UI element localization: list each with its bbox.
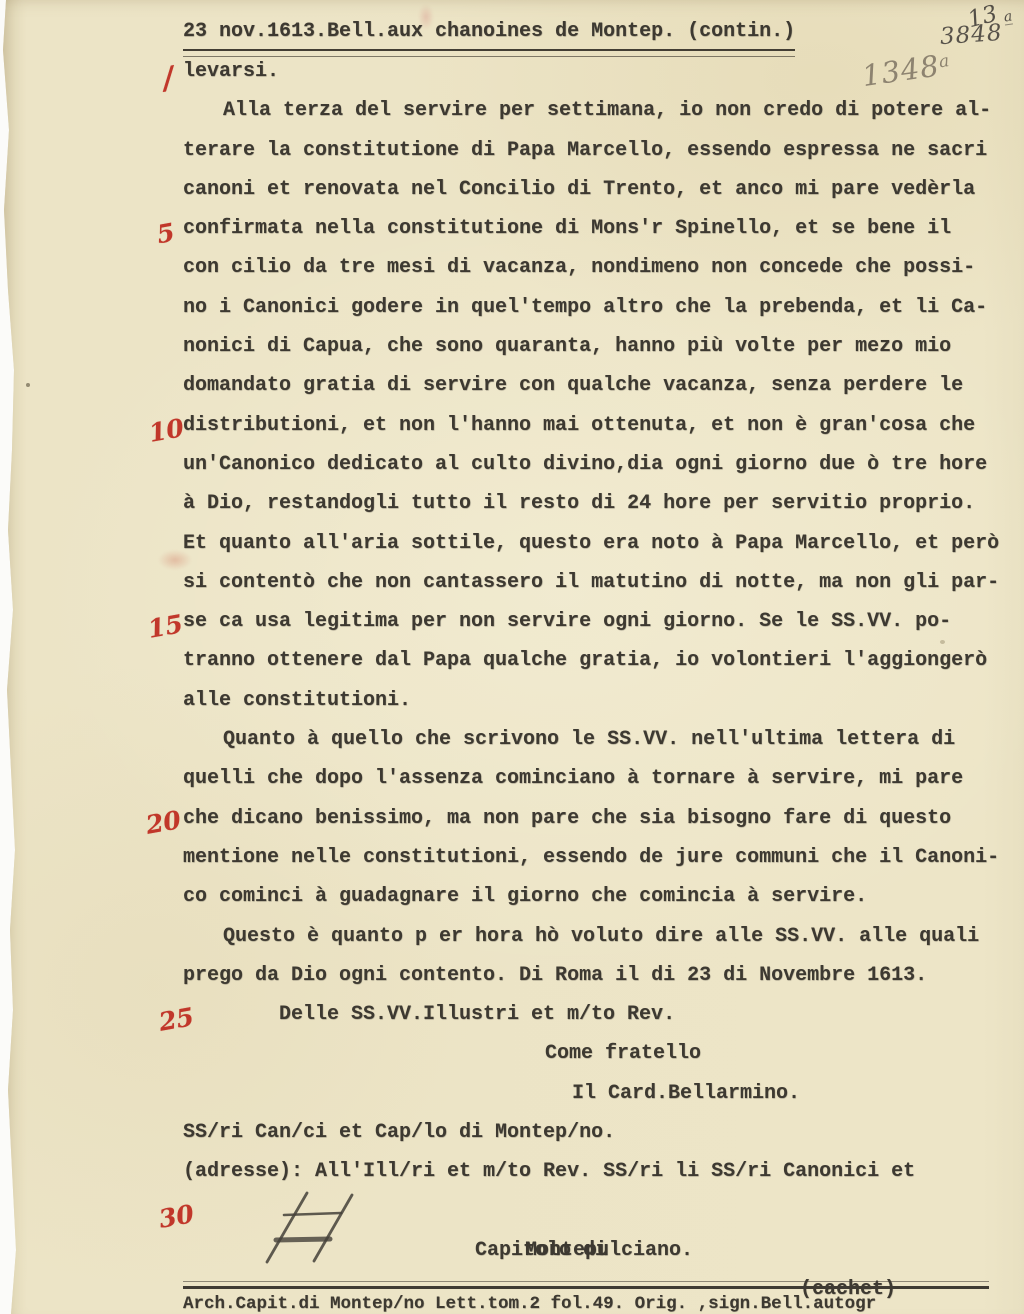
text-line: alle constitutioni. <box>183 681 1024 720</box>
scanned-letter-page: 23 nov.1613.Bell.aux chanoines de Montep… <box>0 0 1024 1314</box>
footer-rule <box>183 1281 989 1289</box>
document-title: 23 nov.1613.Bell.aux chanoines de Montep… <box>183 20 795 43</box>
text-line: tranno ottenere dal Papa qualche gratia,… <box>183 641 1024 680</box>
address-line: (adresse): All'Ill/ri et m/to Rev. SS/ri… <box>183 1152 1024 1191</box>
text-line: mentione nelle constitutioni, essendo de… <box>183 838 1024 877</box>
text-line: un'Canonico dedicato al culto divino,dia… <box>183 445 1024 484</box>
text-line: domandato gratia di servire con qualche … <box>183 366 1024 405</box>
text-line: si contentò che non cantassero il matuti… <box>183 563 1024 602</box>
address-line: SS/ri Can/ci et Cap/lo di Montep/no. <box>183 1113 1024 1152</box>
margin-line-marker: 15 <box>146 611 185 642</box>
text-line: Quanto à quello che scrivono le SS.VV. n… <box>183 720 1024 759</box>
text-line: no i Canonici godere in quel'tempo altro… <box>183 288 1024 327</box>
text-line: à Dio, restandogli tutto il resto di 24 … <box>183 484 1024 523</box>
text-line: prego da Dio ogni contento. Di Roma il d… <box>183 956 1024 995</box>
ink-smudge <box>418 4 434 30</box>
margin-line-marker: / <box>160 63 176 94</box>
letter-body: levarsi. Alla terza del servire per sett… <box>183 52 1024 1270</box>
text-line: terare la constitutione di Papa Marcello… <box>183 131 1024 170</box>
cachet-sketch-icon <box>252 1190 362 1266</box>
address-line-capitolo: Capitolo di <box>475 1231 607 1270</box>
text-line: Et quanto all'aria sottile, questo era n… <box>183 524 1024 563</box>
text-line: confirmata nella constitutione di Mons'r… <box>183 209 1024 248</box>
text-line: se ca usa legitima per non servire ogni … <box>183 602 1024 641</box>
margin-line-marker: 10 <box>147 415 186 446</box>
archive-reference: Arch.Capit.di Montep/no Lett.tom.2 fol.4… <box>183 1294 876 1314</box>
text-line: co cominci à guadagnare il giorno che co… <box>183 877 1024 916</box>
signature-line: Delle SS.VV.Illustri et m/to Rev. <box>183 995 1024 1034</box>
margin-line-marker: 5 <box>155 220 176 248</box>
text-line: Questo è quanto p er hora hò voluto dire… <box>183 917 1024 956</box>
text-line: distributioni, et non l'hanno mai ottenu… <box>183 406 1024 445</box>
signature-line: Come fratello <box>183 1034 1024 1073</box>
paper-speck <box>26 383 30 387</box>
text-line: Alla terza del servire per settimana, io… <box>183 91 1024 130</box>
text-line: nonici di Capua, che sono quaranta, hann… <box>183 327 1024 366</box>
archival-superscript-a: a <box>1003 9 1013 25</box>
paper-sheet: 23 nov.1613.Bell.aux chanoines de Montep… <box>0 0 1024 1314</box>
text-line: canoni et renovata nel Concilio di Trent… <box>183 170 1024 209</box>
text-line: quelli che dopo l'assenza cominciano à t… <box>183 759 1024 798</box>
archival-number-main: 3848 <box>939 22 1003 49</box>
text-line: che dicano benissimo, ma non pare che si… <box>183 799 1024 838</box>
text-line: levarsi. <box>183 52 1024 91</box>
signature-line: Il Card.Bellarmino. <box>183 1074 1024 1113</box>
margin-line-marker: 20 <box>144 807 183 838</box>
text-line: con cilio da tre mesi di vacanza, nondim… <box>183 248 1024 287</box>
